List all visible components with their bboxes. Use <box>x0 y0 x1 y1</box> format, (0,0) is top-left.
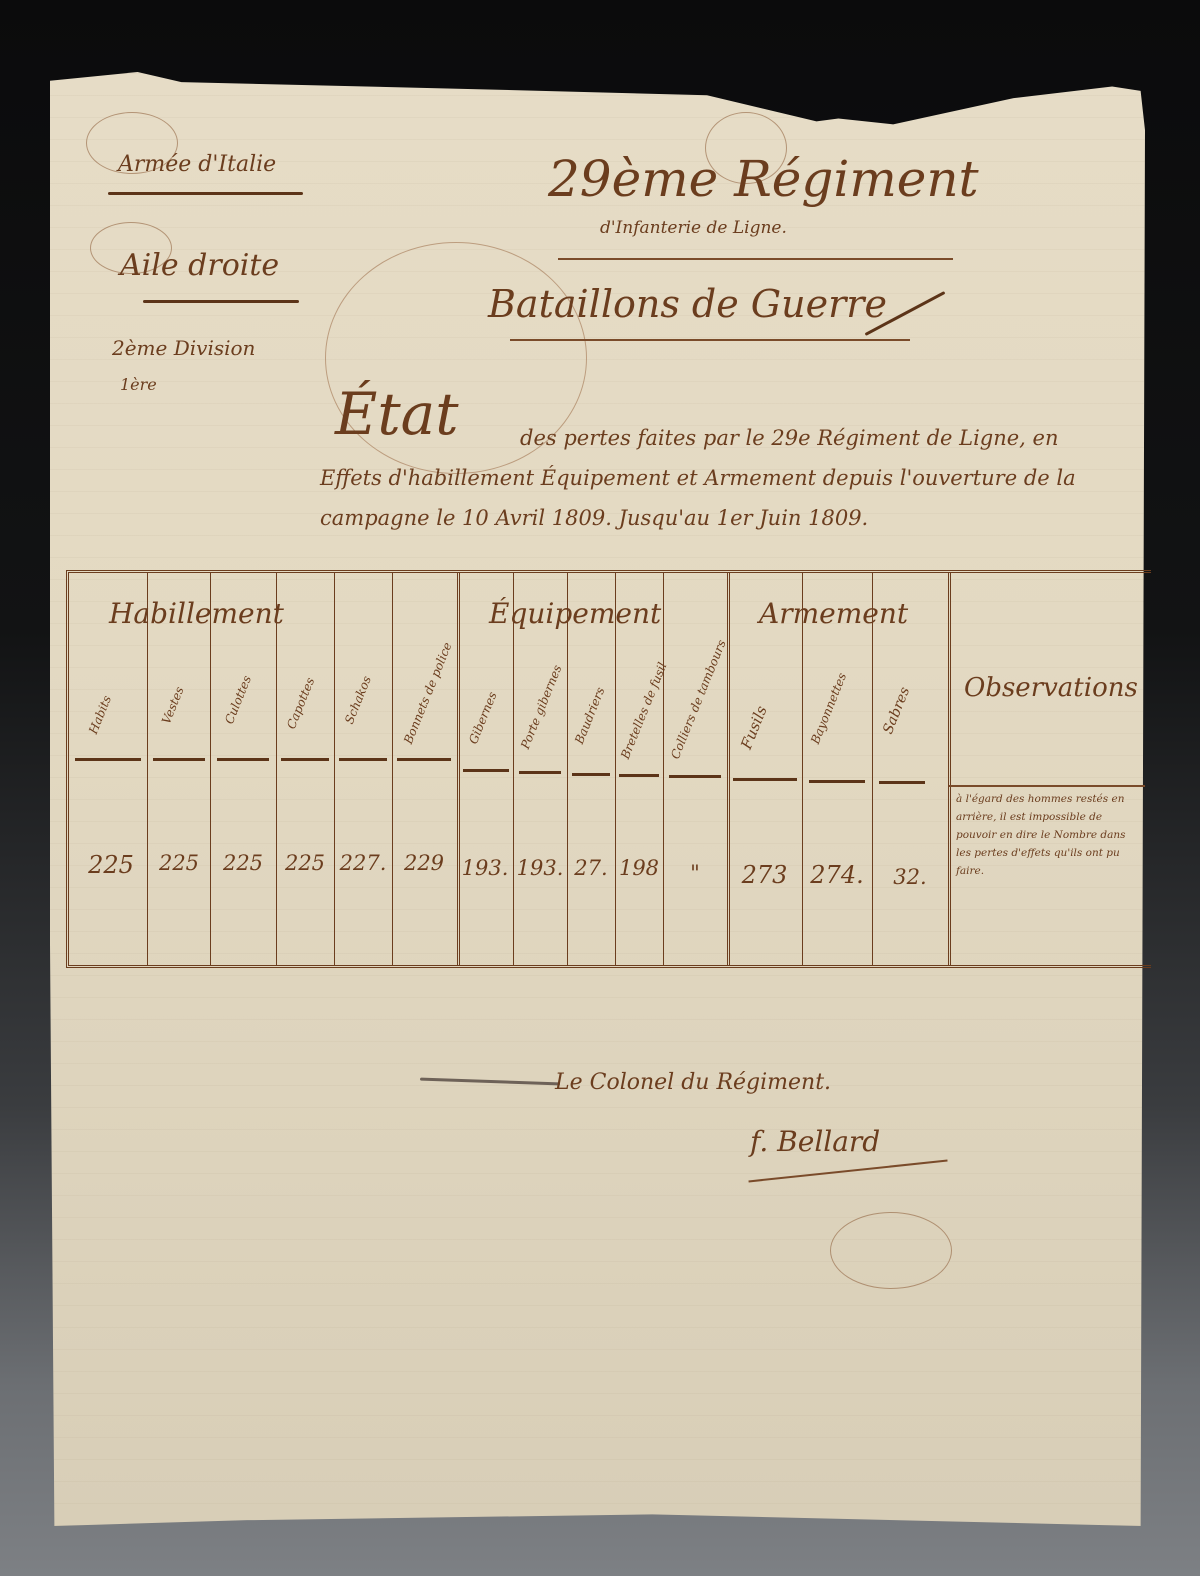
table-column <box>276 573 335 965</box>
cell-capottes: 225 <box>276 851 334 875</box>
header-dash <box>397 758 451 761</box>
colonel-title: Le Colonel du Régiment. <box>555 1070 831 1095</box>
header-dash <box>879 781 925 784</box>
header-dash <box>619 774 659 777</box>
cell-schakos: 227. <box>334 851 392 875</box>
cell-fusils: 273 <box>727 861 802 889</box>
header-dash <box>519 771 561 774</box>
table-column <box>334 573 393 965</box>
division-label: 2ème Division <box>112 336 255 360</box>
table-column-group-end <box>392 573 460 965</box>
divider-rule <box>108 192 303 195</box>
header-dash <box>281 758 329 761</box>
losses-table: Habillement Équipement Armement Observat… <box>66 570 1151 968</box>
table-column-group-end <box>872 573 951 965</box>
table-column <box>727 573 803 965</box>
cell-culottes: 225 <box>211 851 275 875</box>
cell-bonnets-police: 229 <box>392 851 456 875</box>
flourish-ornament <box>830 1212 952 1289</box>
regiment-subtitle: d'Infanterie de Ligne. <box>600 218 787 238</box>
army-label: Armée d'Italie <box>118 152 276 177</box>
header-dash <box>217 758 269 761</box>
colonel-signature: f. Bellard <box>750 1125 880 1158</box>
division-sub-label: 1ère <box>120 375 157 394</box>
table-column <box>210 573 277 965</box>
header-dash <box>75 758 141 761</box>
header-dash <box>463 769 509 772</box>
table-column <box>567 573 616 965</box>
wing-label: Aile droite <box>120 248 279 283</box>
table-column <box>615 573 664 965</box>
cell-bretelles-fusil: 198 <box>615 856 663 880</box>
header-dash <box>572 773 610 776</box>
header-dash <box>733 778 797 781</box>
header-dash <box>153 758 205 761</box>
table-column <box>147 573 211 965</box>
table-column <box>802 573 873 965</box>
title-underline <box>558 258 953 260</box>
divider-rule <box>143 300 299 303</box>
cell-gibernes: 193. <box>457 856 513 880</box>
observations-text: à l'égard des hommes restés en arrière, … <box>956 790 1136 880</box>
header-dash <box>809 780 865 783</box>
regiment-title: 29ème Régiment <box>548 150 979 208</box>
group-title-habillement: Habillement <box>109 597 284 630</box>
cell-baudriers: 27. <box>567 856 615 880</box>
cell-porte-gibernes: 193. <box>513 856 567 880</box>
cell-colliers-tambours: " <box>663 861 727 885</box>
observations-divider <box>949 785 1145 787</box>
group-title-equipement: Équipement <box>489 597 661 630</box>
cell-habits: 225 <box>77 851 145 879</box>
document-body-text: des pertes faites par le 29e Régiment de… <box>320 418 1110 538</box>
group-title-armement: Armement <box>759 597 908 630</box>
header-dash <box>339 758 387 761</box>
header-dash <box>669 775 721 778</box>
table-column-group-end <box>663 573 730 965</box>
observations-column <box>948 573 1148 965</box>
battalions-title: Bataillons de Guerre <box>488 282 887 326</box>
table-column <box>513 573 568 965</box>
observations-header: Observations <box>964 673 1138 703</box>
battalions-underline <box>510 339 910 341</box>
cell-vestes: 225 <box>149 851 209 875</box>
table-column <box>69 573 148 965</box>
cell-bayonnettes: 274. <box>802 861 872 889</box>
cell-sabres: 32. <box>872 865 948 889</box>
